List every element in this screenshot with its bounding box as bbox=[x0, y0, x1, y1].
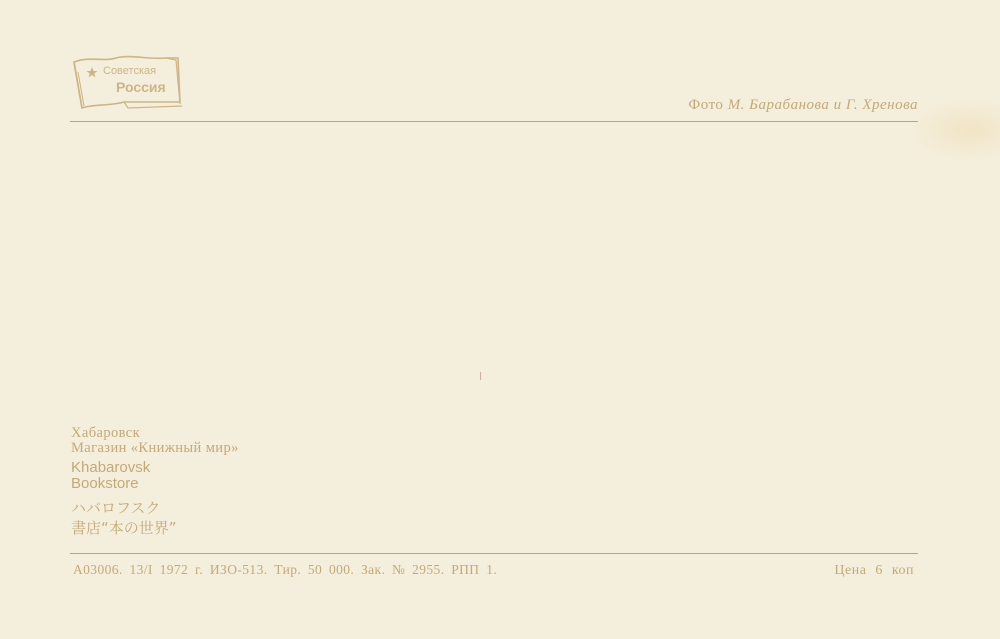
photo-credit-prefix: Фото bbox=[688, 97, 723, 113]
svg-text:Россия: Россия bbox=[116, 79, 166, 95]
top-divider bbox=[70, 121, 918, 122]
caption-block: Хабаровск Магазин «Книжный мир» Khabarov… bbox=[71, 426, 239, 538]
svg-text:Советская: Советская bbox=[103, 65, 156, 77]
flag-book-star-icon: Советская Россия bbox=[70, 54, 188, 114]
caption-ru-city: Хабаровск bbox=[71, 426, 239, 441]
postcard-back: Советская Россия Фото М. Барабанова и Г.… bbox=[0, 0, 1000, 639]
print-mark bbox=[480, 372, 481, 380]
caption-en-place: Bookstore bbox=[71, 476, 239, 492]
caption-ru-place: Магазин «Книжный мир» bbox=[71, 441, 239, 456]
bottom-divider bbox=[70, 553, 918, 554]
price-label: Цена 6 коп bbox=[834, 563, 914, 579]
photo-credit-authors: М. Барабанова и Г. Хренова bbox=[728, 97, 918, 113]
caption-jp-place: 書店“本の世界” bbox=[71, 518, 239, 538]
caption-jp-city: ハバロフスク bbox=[71, 498, 239, 518]
publisher-logo: Советская Россия bbox=[70, 54, 188, 114]
photo-credit: Фото М. Барабанова и Г. Хренова bbox=[688, 97, 918, 114]
caption-en-city: Khabarovsk bbox=[71, 460, 239, 476]
imprint-line: А03006. 13/I 1972 г. ИЗО-513. Тир. 50 00… bbox=[73, 562, 497, 578]
